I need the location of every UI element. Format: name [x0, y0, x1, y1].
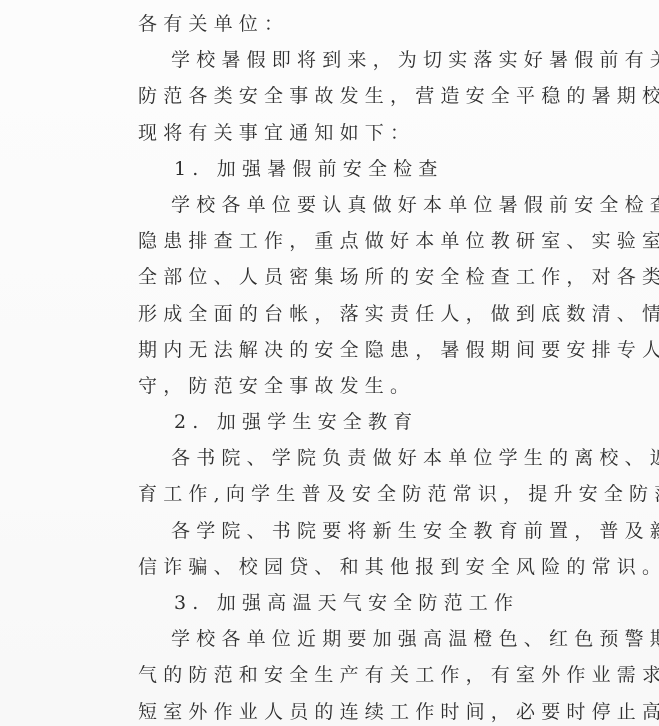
section-1-line: 守，防范安全事故发生。 — [138, 368, 618, 404]
paragraph-intro-line: 学校暑假即将到来，为切实落实好暑假前有关安全工作， — [138, 42, 618, 78]
notice-body: 各有关单位： 学校暑假即将到来，为切实落实好暑假前有关安全工作， 防范各类安全事… — [138, 6, 618, 726]
section-heading-2: 2. 加强学生安全教育 — [138, 404, 618, 440]
scanned-document-page: 各有关单位： 学校暑假即将到来，为切实落实好暑假前有关安全工作， 防范各类安全事… — [0, 0, 659, 726]
section-heading-1: 1. 加强暑假前安全检查 — [138, 151, 618, 187]
salutation: 各有关单位： — [138, 6, 618, 42]
section-1-line: 期内无法解决的安全隐患，暑假期间要安排专人负责值班值 — [138, 332, 618, 368]
section-3-line: 短室外作业人员的连续工作时间，必要时停止高温时段户外 — [138, 694, 618, 726]
paragraph-intro-line: 防范各类安全事故发生，营造安全平稳的暑期校园安全环境， — [138, 78, 618, 114]
paragraph-intro-line: 现将有关事宜通知如下： — [138, 115, 618, 151]
section-1-line: 形成全面的台帐，落实责任人，做到底数清、情况明，对短 — [138, 296, 618, 332]
section-2-line: 各学院、书院要将新生安全教育前置，普及新生防范电 — [138, 513, 618, 549]
section-3-line: 学校各单位近期要加强高温橙色、红色预警期间高温天 — [138, 621, 618, 657]
section-2-line: 育工作,向学生普及安全防范常识，提升安全防范意识。 — [138, 476, 618, 512]
section-heading-3: 3. 加强高温天气安全防范工作 — [138, 585, 618, 621]
section-1-line: 隐患排查工作，重点做好本单位教研室、实验室及各重点安 — [138, 223, 618, 259]
section-2-line: 各书院、学院负责做好本单位学生的离校、返校行前教 — [138, 440, 618, 476]
section-1-line: 全部位、人员密集场所的安全检查工作，对各类安全隐患要 — [138, 259, 618, 295]
section-2-line: 信诈骗、校园贷、和其他报到安全风险的常识。 — [138, 549, 618, 585]
section-1-line: 学校各单位要认真做好本单位暑假前安全检查与安全 — [138, 187, 618, 223]
section-3-line: 气的防范和安全生产有关工作，有室外作业需求的单位应缩 — [138, 657, 618, 693]
